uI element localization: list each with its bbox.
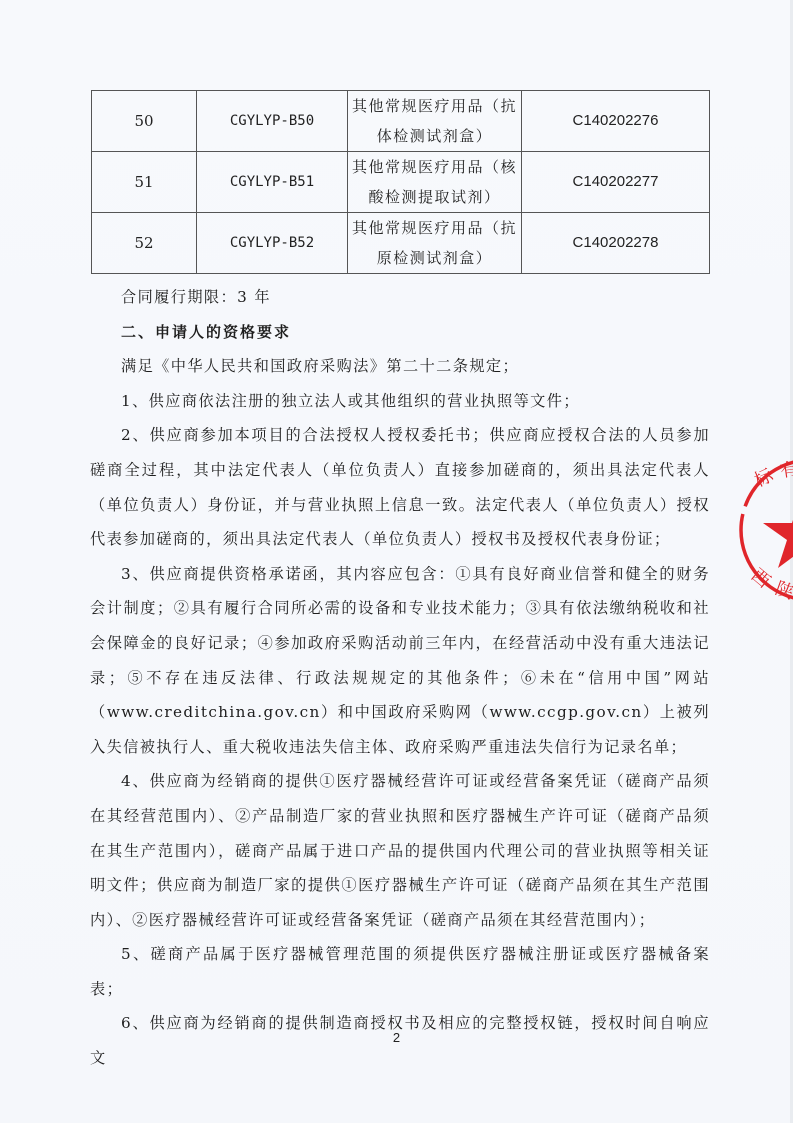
row-index: 52 bbox=[92, 213, 197, 274]
paragraph-item-3: 3、供应商提供资格承诺函，其内容应包含：①具有良好商业信誉和健全的财务会计制度；… bbox=[90, 557, 710, 765]
category-code: C140202278 bbox=[522, 213, 710, 274]
paragraph-item-2: 2、供应商参加本项目的合法授权人授权委托书；供应商应授权合法的人员参加磋商全过程… bbox=[90, 418, 710, 556]
page-number: 2 bbox=[0, 1030, 793, 1045]
item-name: 其他常规医疗用品（抗 原检测试剂盒） bbox=[348, 213, 522, 274]
item-name: 其他常规医疗用品（抗 体检测试剂盒） bbox=[348, 91, 522, 152]
item-name-line1: 其他常规医疗用品（核 bbox=[348, 152, 521, 182]
item-name: 其他常规医疗用品（核 酸检测提取试剂） bbox=[348, 152, 522, 213]
seal-char: 有 bbox=[779, 459, 793, 482]
section-heading: 二、申请人的资格要求 bbox=[90, 315, 710, 350]
table-row: 50 CGYLYP-B50 其他常规医疗用品（抗 体检测试剂盒） C140202… bbox=[92, 91, 710, 152]
row-index: 50 bbox=[92, 91, 197, 152]
item-name-line2: 原检测试剂盒） bbox=[348, 243, 521, 273]
paragraph-item-5: 5、磋商产品属于医疗器械管理范围的须提供医疗器械注册证或医疗器械备案表； bbox=[90, 937, 710, 1006]
paragraph-item-1: 1、供应商依法注册的独立法人或其他组织的营业执照等文件； bbox=[90, 384, 710, 419]
official-seal-icon: 标 有 陕 西 bbox=[736, 455, 793, 605]
item-name-line2: 体检测试剂盒） bbox=[348, 121, 521, 151]
paragraph-intro: 满足《中华人民共和国政府采购法》第二十二条规定； bbox=[90, 349, 710, 384]
item-name-line2: 酸检测提取试剂） bbox=[348, 182, 521, 212]
table-row: 51 CGYLYP-B51 其他常规医疗用品（核 酸检测提取试剂） C14020… bbox=[92, 152, 710, 213]
row-index: 51 bbox=[92, 152, 197, 213]
items-table: 50 CGYLYP-B50 其他常规医疗用品（抗 体检测试剂盒） C140202… bbox=[91, 90, 710, 274]
contract-period: 合同履行期限：3 年 bbox=[90, 280, 710, 315]
seal-char: 陕 bbox=[772, 578, 793, 604]
paragraph-item-4: 4、供应商为经销商的提供①医疗器械经营许可证或经营备案凭证（磋商产品须在其经营范… bbox=[90, 764, 710, 937]
item-name-line1: 其他常规医疗用品（抗 bbox=[348, 91, 521, 121]
document-page: 50 CGYLYP-B50 其他常规医疗用品（抗 体检测试剂盒） C140202… bbox=[0, 0, 793, 1123]
item-name-line1: 其他常规医疗用品（抗 bbox=[348, 213, 521, 243]
item-code: CGYLYP-B51 bbox=[197, 152, 348, 213]
category-code: C140202277 bbox=[522, 152, 710, 213]
item-code: CGYLYP-B52 bbox=[197, 213, 348, 274]
table-row: 52 CGYLYP-B52 其他常规医疗用品（抗 原检测试剂盒） C140202… bbox=[92, 213, 710, 274]
item-code: CGYLYP-B50 bbox=[197, 91, 348, 152]
category-code: C140202276 bbox=[522, 91, 710, 152]
body-text: 合同履行期限：3 年 二、申请人的资格要求 满足《中华人民共和国政府采购法》第二… bbox=[90, 280, 710, 1076]
